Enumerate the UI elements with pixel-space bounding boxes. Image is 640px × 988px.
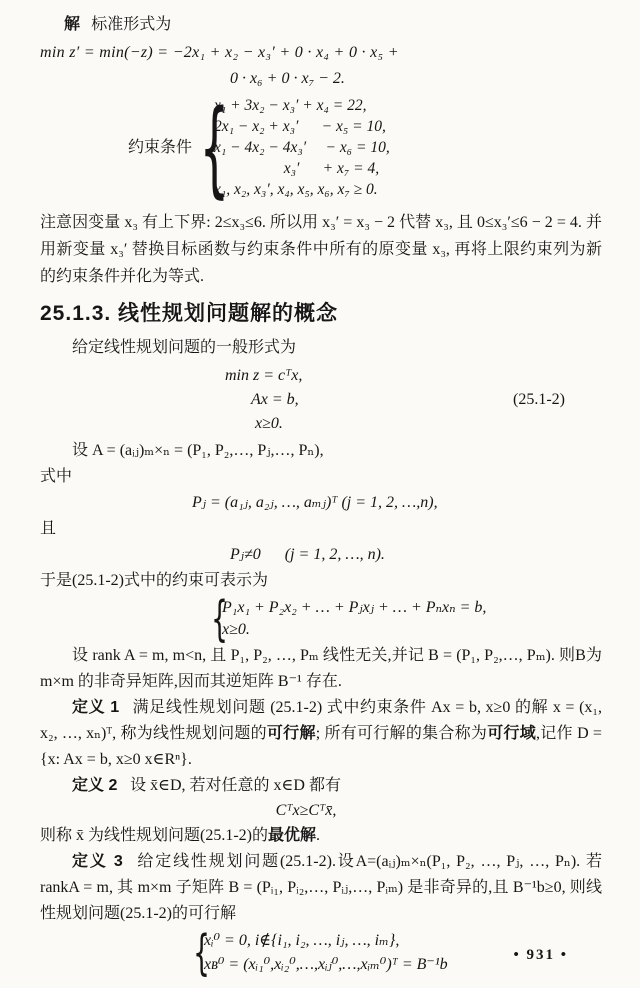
constraint-row-1: x₁ + 3x₂ − x₃′ + x₄ = 22, xyxy=(214,95,390,116)
definition-2: 定义 2设 x̄∈D, 若对任意的 x∈D 都有 xyxy=(40,773,602,799)
left-brace-icon: { xyxy=(200,96,209,200)
constraint-row-3: x₁ − 4x₂ − 4x₃′ − x₆ = 10, xyxy=(214,137,390,158)
section-heading: 25.1.3. 线性规划问题解的概念 xyxy=(40,301,602,327)
left-brace-icon: { xyxy=(193,929,201,977)
definition-2-conclusion-a: 则称 x̄ 为线性规划问题(25.1-2)的 xyxy=(40,827,268,844)
page-content: 解标准形式为 min z′ = min(−z) = −2x₁ + x₂ − x₃… xyxy=(0,0,640,977)
expanded-row-1: P₁x₁ + P₂x₂ + … + Pⱼxⱼ + … + Pₙxₙ = b, xyxy=(222,597,486,619)
objective-line-1: min z′ = min(−z) = −2x₁ + x₂ − x₃′ + 0 ·… xyxy=(40,40,602,66)
solution-rows: xᵢ⁰ = 0, i∉{i₁, i₂, …, iⱼ, …, iₘ}, xʙ⁰ =… xyxy=(204,929,448,977)
constraint-row-5: x₁, x₂, x₃′, x₄, x₅, x₆, x₇ ≥ 0. xyxy=(214,179,390,200)
matrix-definition: 设 A = (aᵢⱼ)ₘ×ₙ = (P₁, P₂,…, Pⱼ,…, Pₙ), xyxy=(40,438,602,464)
constraint-system: 约束条件 { x₁ + 3x₂ − x₃′ + x₄ = 22, 2x₁ − x… xyxy=(128,95,602,200)
feasible-region-term: 可行域 xyxy=(487,725,536,742)
left-brace-icon: { xyxy=(211,595,219,643)
definition-3-text: 给定线性规划问题(25.1-2).设A=(aᵢⱼ)ₘ×ₙ(P₁, P₂, …, … xyxy=(40,853,602,922)
thus-text: 于是(25.1-2)式中的约束可表示为 xyxy=(40,568,602,594)
solution-row-2: xʙ⁰ = (xᵢ₁⁰,xᵢ₂⁰,…,xᵢⱼ⁰,…,xᵢₘ⁰)ᵀ = B⁻¹b xyxy=(204,953,448,977)
solution-row-1: xᵢ⁰ = 0, i∉{i₁, i₂, …, iⱼ, …, iₘ}, xyxy=(204,929,448,953)
expanded-constraint-system: { P₁x₁ + P₂x₂ + … + Pⱼxⱼ + … + Pₙxₙ = b,… xyxy=(208,595,602,643)
constraints-label: 约束条件 xyxy=(128,135,192,161)
rank-paragraph: 设 rank A = m, m<n, 且 P₁, P₂, …, Pₘ 线性无关,… xyxy=(40,643,602,695)
bounds-note-paragraph: 注意因变量 x₃ 有上下界: 2≤x₃≤6. 所以用 x₃′ = x₃ − 2 … xyxy=(40,209,602,290)
definition-2-conclusion: 则称 x̄ 为线性规划问题(25.1-2)的最优解. xyxy=(40,823,602,849)
definition-1-label: 定义 1 xyxy=(72,699,119,716)
definition-2-conclusion-b: . xyxy=(316,827,320,844)
objective-line-2: 0 · x₆ + 0 · x₇ − 2. xyxy=(230,66,602,92)
where-label: 式中 xyxy=(40,464,602,490)
lp-standard-form: min z = cᵀx, Ax = b, x≥0. (25.1-2) xyxy=(225,364,602,436)
definition-1-text-b: ; 所有可行解的集合称为 xyxy=(316,725,487,742)
and-label: 且 xyxy=(40,516,602,542)
optimality-inequality: Cᵀx≥Cᵀx̄, xyxy=(40,799,572,823)
definition-2-label: 定义 2 xyxy=(72,777,117,794)
textbook-page: 解标准形式为 min z′ = min(−z) = −2x₁ + x₂ − x₃… xyxy=(0,0,640,988)
column-vector-definition: Pⱼ = (a₁ⱼ, a₂ⱼ, …, aₘⱼ)ᵀ (j = 1, 2, …,n)… xyxy=(192,490,602,516)
expanded-rows: P₁x₁ + P₂x₂ + … + Pⱼxⱼ + … + Pₙxₙ = b, x… xyxy=(222,597,486,641)
definition-3-label: 定义 3 xyxy=(72,853,123,870)
solve-label: 解 xyxy=(64,16,80,33)
expanded-row-2: x≥0. xyxy=(222,619,486,641)
nonzero-condition: Pⱼ≠0 (j = 1, 2, …, n). xyxy=(230,542,602,568)
constraint-row-4: x₃′ + x₇ = 4, xyxy=(214,158,390,179)
page-number: • 931 • xyxy=(513,947,568,964)
feasible-solution-term: 可行解 xyxy=(267,725,316,742)
section-intro: 给定线性规划问题的一般形式为 xyxy=(40,335,602,361)
optimal-solution-term: 最优解 xyxy=(268,827,316,844)
solution-intro-line: 解标准形式为 xyxy=(40,12,602,38)
definition-1: 定义 1满足线性规划问题 (25.1-2) 式中约束条件 Ax = b, x≥0… xyxy=(40,695,602,773)
lp-objective: min z = cᵀx, xyxy=(225,364,602,388)
lp-nonnegativity: x≥0. xyxy=(225,412,602,436)
equation-number: (25.1-2) xyxy=(513,388,565,412)
constraint-rows: x₁ + 3x₂ − x₃′ + x₄ = 22, 2x₁ − x₂ + x₃′… xyxy=(214,95,390,200)
constraint-row-2: 2x₁ − x₂ + x₃′ − x₅ = 10, xyxy=(214,116,390,137)
solve-intro-text: 标准形式为 xyxy=(91,16,171,33)
definition-2-text: 设 x̄∈D, 若对任意的 x∈D 都有 xyxy=(130,777,341,794)
definition-3: 定义 3给定线性规划问题(25.1-2).设A=(aᵢⱼ)ₘ×ₙ(P₁, P₂,… xyxy=(40,849,602,927)
